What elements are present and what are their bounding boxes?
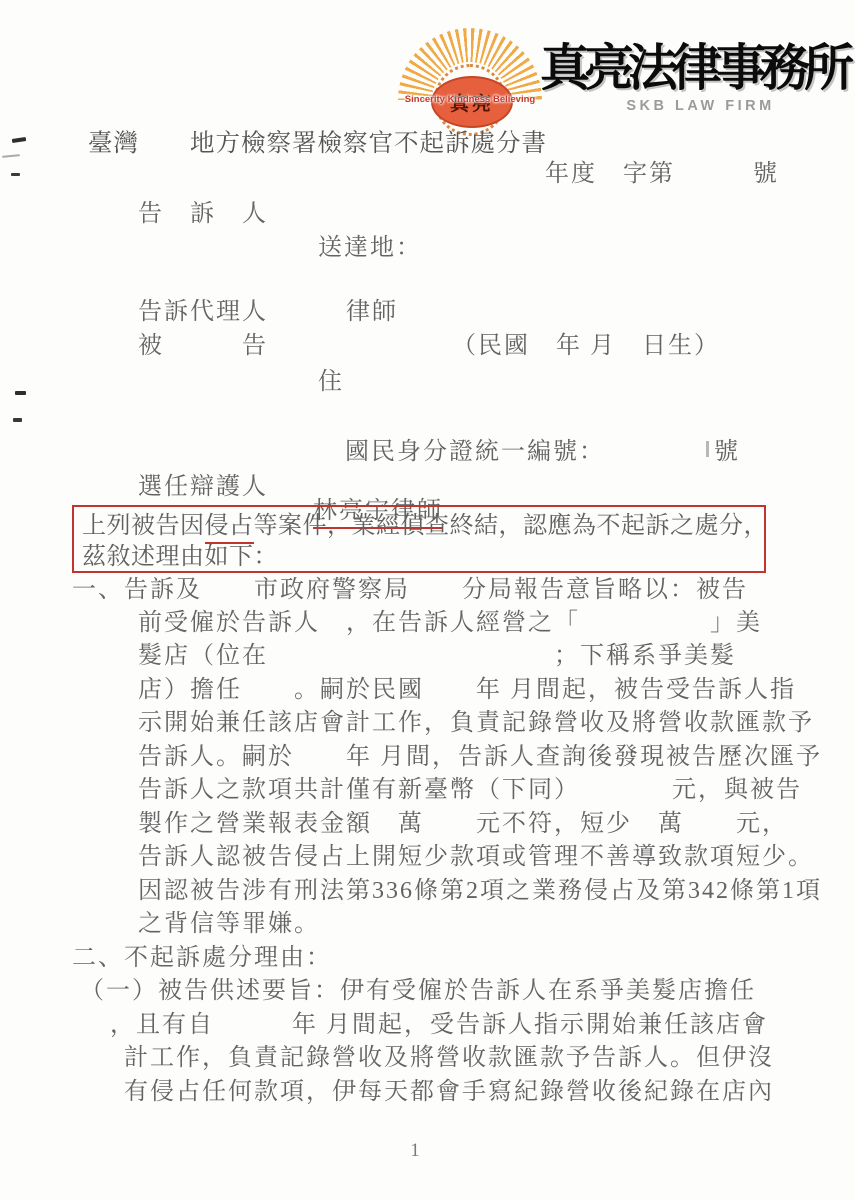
section-two-subheading: （一）被告供述要旨：伊有受僱於告訴人在系爭美髮店擔任 [80,979,756,1003]
redaction-mark [706,441,709,457]
body-line: 計工作，負責記錄營收及將營收款匯款予告訴人。但伊沒 [124,1046,774,1070]
body-line: 告訴人。嗣於 年 月間，告訴人查詢後發現被告歷次匯予 [138,745,822,769]
scanned-document-page: 真亮 Sincerity Kindness Believing 真亮法律事務所 … [0,0,855,1200]
body-line: 製作之營業報表金額 萬 元不符，短少 萬 元， [138,812,788,836]
body-line: ，且有自 年 月間起，受告訴人指示開始兼任該店會 [110,1013,768,1037]
defendant-birth-note: （民國 年 月 日生） [452,334,720,358]
service-address-label: 送達地： [318,236,422,260]
firm-name-en: SKB LAW FIRM [548,98,853,114]
national-id-label: 國民身分證統一編號： [345,440,605,464]
section-one-heading: 一、告訴及 市政府警察局 分局報告意旨略以：被告 [72,578,748,602]
law-firm-logo: 真亮 Sincerity Kindness Believing [402,26,538,118]
firm-name-zh: 真亮法律事務所 [540,28,855,100]
national-id-fragment: 號 [714,440,740,464]
scan-artifact [2,154,20,158]
scan-artifact [15,391,26,395]
body-line: 之背信等罪嫌。 [138,912,320,936]
ruling-line-1: 上列被告因侵占等案件，業經偵查終結，認應為不起訴之處分， [82,514,768,538]
body-line: 前受僱於告訴人 ，在告訴人經營之「 」美 [138,611,762,635]
body-line: 店）擔任 。嗣於民國 年 月間起，被告受告訴人指 [138,678,796,702]
section-two-heading: 二、不起訴處分理由： [72,946,332,970]
document-title: 臺灣 地方檢察署檢察官不起訴處分書 [88,132,547,157]
body-line: 告訴人之款項共計僅有新臺幣（下同） 元，與被告 [138,778,802,802]
ruling-line-1-post: 等案件，業經偵查終結，認應為不起訴之處分， [254,513,769,539]
ruling-box: 上列被告因侵占等案件，業經偵查終結，認應為不起訴之處分， 茲敘述理由如下： [72,505,766,573]
body-line: 髮店（位在 ；下稱系爭美髮 [138,644,736,668]
body-line: 告訴人認被告侵占上開短少款項或管理不善導致款項短少。 [138,845,814,869]
scan-artifact [12,137,26,143]
body-line: 示開始兼任該店會計工作，負責記錄營收及將營收款匯款予 [138,711,814,735]
scan-artifact [13,418,22,422]
body-line: 有侵占任何款項，伊每天都會手寫紀錄營收後紀錄在店內 [124,1080,774,1104]
ruling-line-1-underlined: 侵占 [205,513,254,544]
ruling-line-1-pre: 上列被告因 [82,513,205,539]
scan-artifact [11,173,20,176]
complainant-label: 告 訴 人 [138,202,268,226]
defender-label: 選任辯護人 [138,475,268,499]
page-number: 1 [402,1140,428,1162]
ruling-line-2: 茲敘述理由如下： [82,545,278,569]
case-number-line: 年度 字第 號 [545,162,779,186]
defendant-label: 被 告 [138,334,268,358]
residence-label: 住 [318,370,344,394]
agent-line: 告訴代理人 律師 [138,300,398,324]
logo-tagline: Sincerity Kindness Believing [388,94,552,105]
body-line: 因認被告涉有刑法第336條第2項之業務侵占及第342條第1項 [138,879,822,903]
